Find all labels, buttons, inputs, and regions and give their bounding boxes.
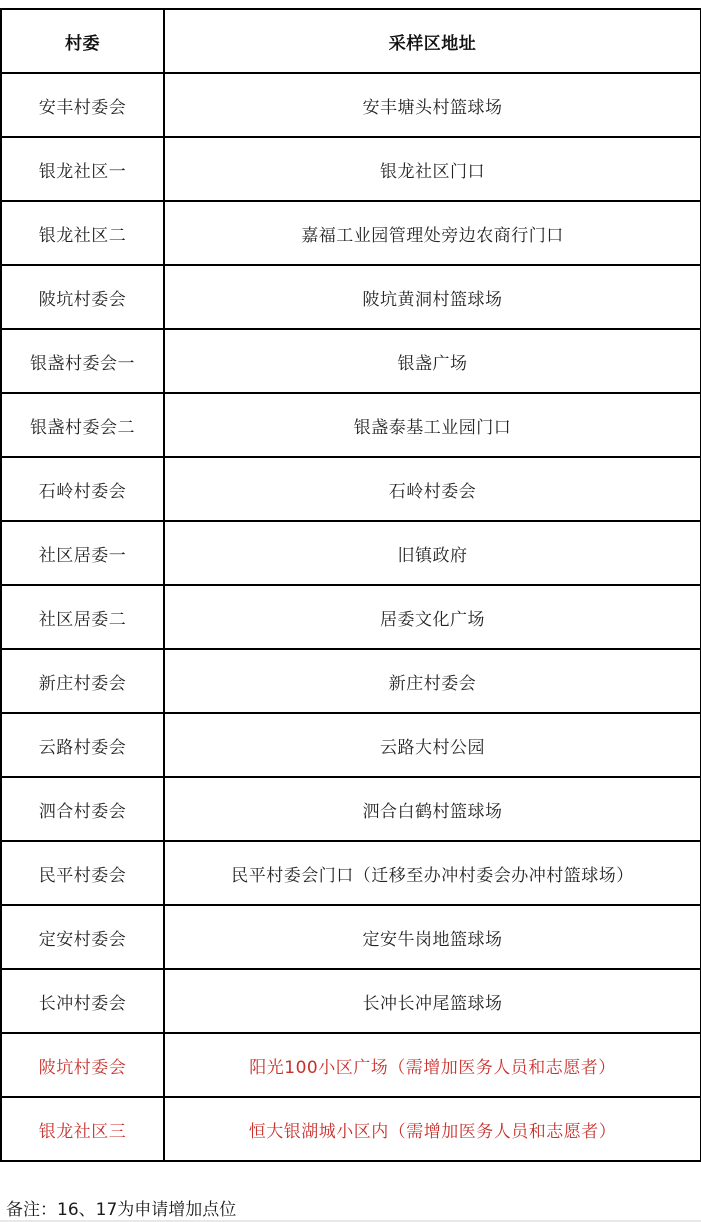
address-cell: 长冲长冲尾篮球场 bbox=[164, 969, 701, 1033]
table-row: 银龙社区三恒大银湖城小区内（需增加医务人员和志愿者） bbox=[1, 1097, 701, 1161]
table-row: 石岭村委会石岭村委会 bbox=[1, 457, 701, 521]
committee-cell: 陂坑村委会 bbox=[1, 1033, 164, 1097]
committee-cell: 定安村委会 bbox=[1, 905, 164, 969]
committee-cell: 泗合村委会 bbox=[1, 777, 164, 841]
address-cell: 安丰塘头村篮球场 bbox=[164, 73, 701, 137]
table-header-row: 村委 采样区地址 bbox=[1, 9, 701, 73]
table-row: 定安村委会定安牛岗地篮球场 bbox=[1, 905, 701, 969]
address-cell: 泗合白鹤村篮球场 bbox=[164, 777, 701, 841]
table-row: 安丰村委会安丰塘头村篮球场 bbox=[1, 73, 701, 137]
table-row: 银龙社区一银龙社区门口 bbox=[1, 137, 701, 201]
header-committee: 村委 bbox=[1, 9, 164, 73]
header-address: 采样区地址 bbox=[164, 9, 701, 73]
table-row: 银盏村委会一银盏广场 bbox=[1, 329, 701, 393]
committee-cell: 社区居委二 bbox=[1, 585, 164, 649]
address-cell: 居委文化广场 bbox=[164, 585, 701, 649]
table-row: 银盏村委会二银盏泰基工业园门口 bbox=[1, 393, 701, 457]
address-cell: 民平村委会门口（迁移至办冲村委会办冲村篮球场） bbox=[164, 841, 701, 905]
table-row: 新庄村委会新庄村委会 bbox=[1, 649, 701, 713]
address-cell: 嘉福工业园管理处旁边农商行门口 bbox=[164, 201, 701, 265]
footnote: 备注：16、17为申请增加点位 bbox=[6, 1199, 236, 1221]
address-cell: 旧镇政府 bbox=[164, 521, 701, 585]
committee-cell: 新庄村委会 bbox=[1, 649, 164, 713]
table-row: 云路村委会云路大村公园 bbox=[1, 713, 701, 777]
committee-cell: 银龙社区二 bbox=[1, 201, 164, 265]
table-row: 泗合村委会泗合白鹤村篮球场 bbox=[1, 777, 701, 841]
table-row: 陂坑村委会阳光100小区广场（需增加医务人员和志愿者） bbox=[1, 1033, 701, 1097]
address-cell: 定安牛岗地篮球场 bbox=[164, 905, 701, 969]
committee-cell: 银龙社区一 bbox=[1, 137, 164, 201]
address-cell: 阳光100小区广场（需增加医务人员和志愿者） bbox=[164, 1033, 701, 1097]
table-row: 长冲村委会长冲长冲尾篮球场 bbox=[1, 969, 701, 1033]
address-cell: 陂坑黄洞村篮球场 bbox=[164, 265, 701, 329]
address-cell: 恒大银湖城小区内（需增加医务人员和志愿者） bbox=[164, 1097, 701, 1161]
table-row: 银龙社区二嘉福工业园管理处旁边农商行门口 bbox=[1, 201, 701, 265]
committee-cell: 银龙社区三 bbox=[1, 1097, 164, 1161]
table-row: 民平村委会民平村委会门口（迁移至办冲村委会办冲村篮球场） bbox=[1, 841, 701, 905]
address-cell: 银龙社区门口 bbox=[164, 137, 701, 201]
committee-cell: 民平村委会 bbox=[1, 841, 164, 905]
sampling-sites-table-container: 村委 采样区地址 安丰村委会安丰塘头村篮球场银龙社区一银龙社区门口银龙社区二嘉福… bbox=[0, 8, 700, 1162]
committee-cell: 银盏村委会一 bbox=[1, 329, 164, 393]
committee-cell: 长冲村委会 bbox=[1, 969, 164, 1033]
address-cell: 云路大村公园 bbox=[164, 713, 701, 777]
address-cell: 银盏广场 bbox=[164, 329, 701, 393]
table-row: 社区居委二居委文化广场 bbox=[1, 585, 701, 649]
table-row: 陂坑村委会陂坑黄洞村篮球场 bbox=[1, 265, 701, 329]
committee-cell: 安丰村委会 bbox=[1, 73, 164, 137]
committee-cell: 社区居委一 bbox=[1, 521, 164, 585]
address-cell: 新庄村委会 bbox=[164, 649, 701, 713]
table-row: 社区居委一旧镇政府 bbox=[1, 521, 701, 585]
sampling-sites-table: 村委 采样区地址 安丰村委会安丰塘头村篮球场银龙社区一银龙社区门口银龙社区二嘉福… bbox=[0, 8, 701, 1162]
address-cell: 石岭村委会 bbox=[164, 457, 701, 521]
address-cell: 银盏泰基工业园门口 bbox=[164, 393, 701, 457]
committee-cell: 云路村委会 bbox=[1, 713, 164, 777]
committee-cell: 陂坑村委会 bbox=[1, 265, 164, 329]
committee-cell: 石岭村委会 bbox=[1, 457, 164, 521]
committee-cell: 银盏村委会二 bbox=[1, 393, 164, 457]
